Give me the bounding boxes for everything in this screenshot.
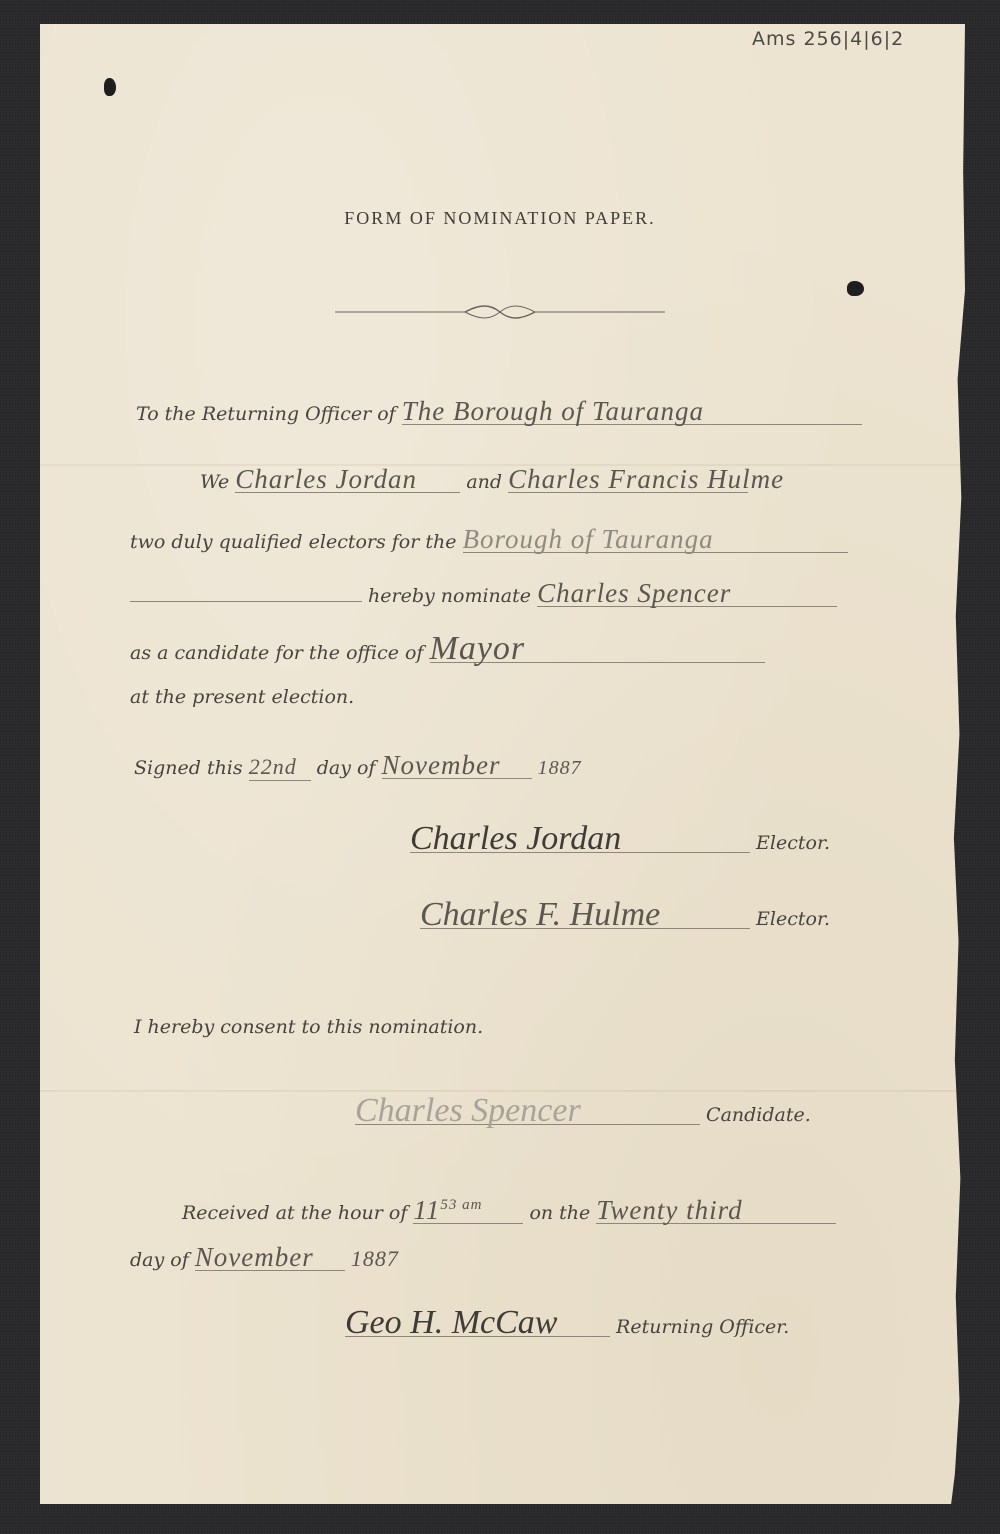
elector-1-signature-line: Charles Jordan Elector. bbox=[410, 826, 830, 854]
signed-prefix: Signed this bbox=[134, 757, 243, 779]
elector-1-role: Elector. bbox=[756, 832, 830, 854]
received-time-hour: 11 bbox=[413, 1195, 440, 1225]
received-line: Received at the hour of 1153 am on the T… bbox=[182, 1192, 836, 1224]
signed-middle: day of bbox=[317, 757, 376, 779]
signed-line: Signed this 22nd day of November 1887 bbox=[134, 752, 582, 781]
office-prefix: as a candidate for the office of bbox=[130, 642, 423, 664]
nominate-text: hereby nominate bbox=[368, 585, 531, 607]
signed-year: 1887 bbox=[538, 757, 582, 779]
candidate-signature-line: Charles Spencer Candidate. bbox=[355, 1098, 811, 1126]
elector-1-signature: Charles Jordan bbox=[410, 826, 750, 853]
document-title: FORM OF NOMINATION PAPER. bbox=[0, 208, 1000, 229]
elector-2-role: Elector. bbox=[756, 908, 830, 930]
ink-stain bbox=[104, 78, 116, 96]
electors-joiner: and bbox=[466, 471, 502, 493]
elector-2-field: Charles Francis Hulme bbox=[508, 466, 748, 493]
candidate-field: Charles Spencer bbox=[537, 580, 837, 607]
elector-2-signature-line: Charles F. Hulme Elector. bbox=[420, 902, 830, 930]
address-field: The Borough of Tauranga bbox=[402, 398, 862, 425]
returning-officer-signature: Geo H. McCaw bbox=[345, 1310, 610, 1337]
office-field: Mayor bbox=[430, 636, 765, 663]
received-year: 1887 bbox=[351, 1246, 399, 1271]
received-middle: on the bbox=[529, 1202, 590, 1224]
election-line: at the present election. bbox=[130, 686, 354, 708]
address-prefix: To the Returning Officer of bbox=[136, 403, 396, 425]
received-month-field: November bbox=[195, 1244, 345, 1271]
candidate-role: Candidate. bbox=[706, 1104, 811, 1126]
elector-1-field: Charles Jordan bbox=[235, 466, 460, 493]
received-day-field: Twenty third bbox=[596, 1197, 836, 1224]
consent-text: I hereby consent to this nomination. bbox=[134, 1016, 483, 1038]
office-line: as a candidate for the office of Mayor bbox=[130, 636, 765, 664]
received-time-minutes: 53 am bbox=[440, 1197, 482, 1213]
elector-2-signature: Charles F. Hulme bbox=[420, 902, 750, 929]
signed-month-field: November bbox=[382, 752, 532, 779]
qualified-prefix: two duly qualified electors for the bbox=[130, 531, 457, 553]
borough-field: Borough of Tauranga bbox=[463, 526, 848, 553]
blank-field bbox=[130, 601, 362, 602]
archive-reference: Ams 256|4|6|2 bbox=[752, 28, 904, 50]
nominate-line: hereby nominate Charles Spencer bbox=[130, 580, 837, 607]
received-prefix: Received at the hour of bbox=[182, 1202, 407, 1224]
received-date-line: day of November 1887 bbox=[130, 1244, 399, 1272]
address-line: To the Returning Officer of The Borough … bbox=[136, 398, 862, 425]
signed-day-field: 22nd bbox=[249, 754, 311, 781]
candidate-signature: Charles Spencer bbox=[355, 1098, 700, 1125]
qualified-line: two duly qualified electors for the Boro… bbox=[130, 526, 848, 553]
ornamental-divider-icon bbox=[335, 302, 665, 322]
electors-prefix: We bbox=[200, 471, 229, 493]
returning-officer-role: Returning Officer. bbox=[616, 1316, 789, 1338]
ink-stain bbox=[847, 281, 864, 296]
returning-officer-signature-line: Geo H. McCaw Returning Officer. bbox=[345, 1310, 789, 1338]
received-date-prefix: day of bbox=[130, 1249, 189, 1271]
electors-line: We Charles Jordan and Charles Francis Hu… bbox=[200, 466, 748, 493]
received-time-field: 1153 am bbox=[413, 1192, 523, 1224]
